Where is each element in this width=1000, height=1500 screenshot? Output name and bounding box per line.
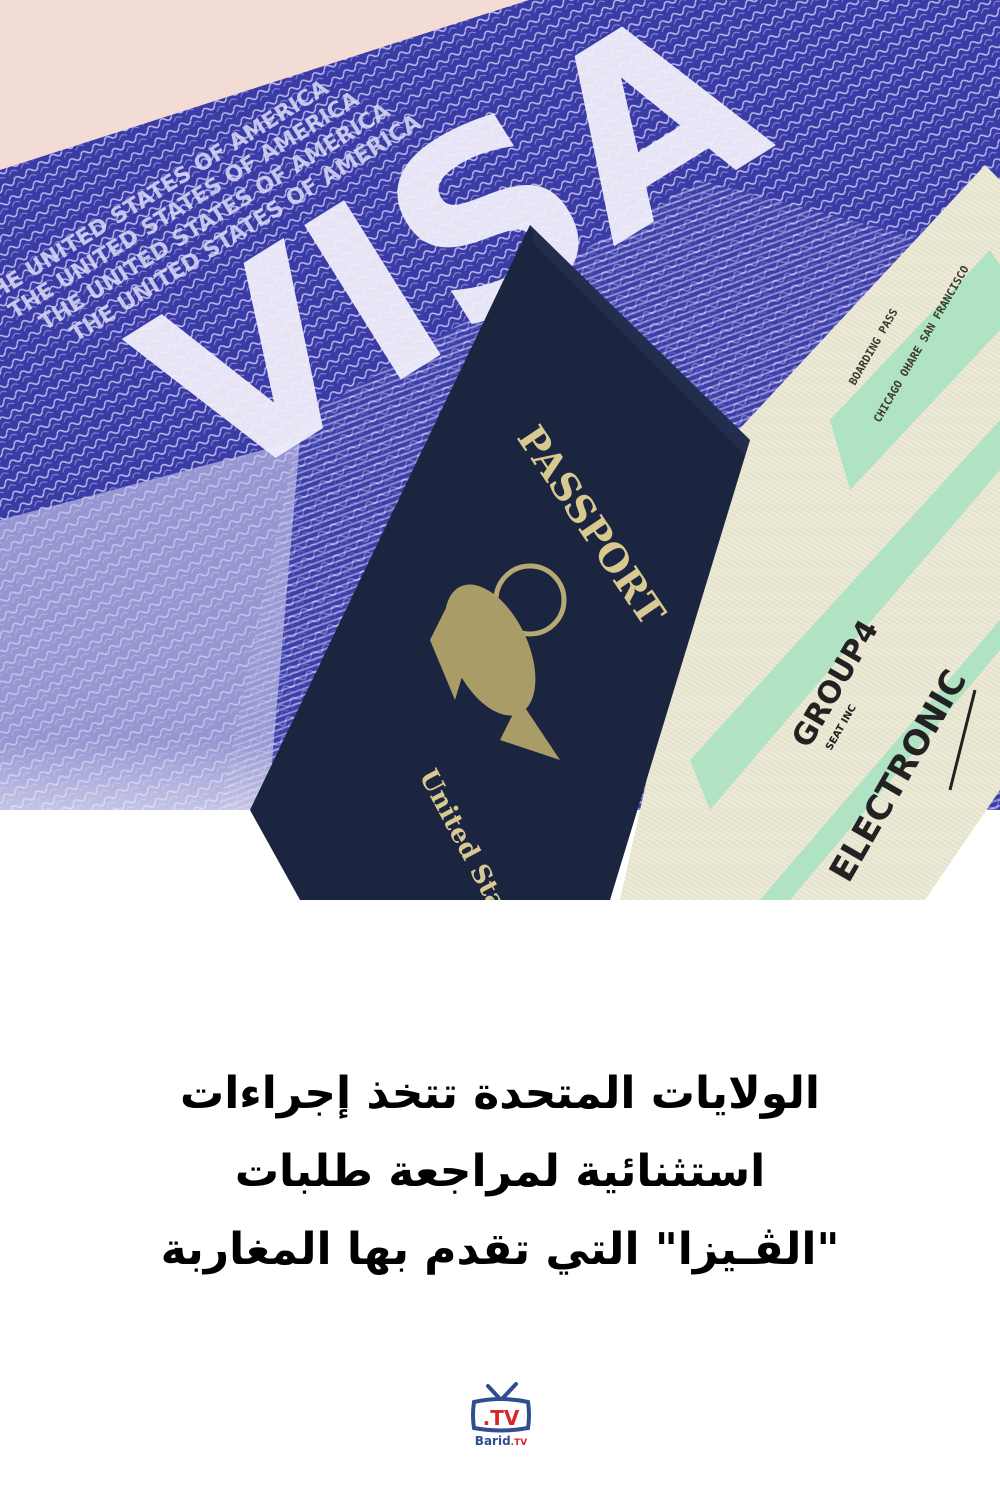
barid-tv-logo[interactable]: .TV Barid.TV [466,1382,536,1462]
visa-passport-illustration: VISA THE UNITED STATES OF AMERICA THE UN… [0,0,1000,900]
logo-wordmark: Barid.TV [466,1434,536,1448]
brand-suffix: .TV [511,1438,528,1448]
tv-icon: .TV [466,1382,536,1434]
headline-line-3: "الڤـيزا" التي تقدم بها المغاربة [100,1211,900,1289]
svg-text:.TV: .TV [483,1406,520,1430]
headline-line-2: استثنائية لمراجعة طلبات [100,1133,900,1211]
hero-image: VISA THE UNITED STATES OF AMERICA THE UN… [0,0,1000,900]
brand-name: Barid [475,1434,511,1448]
headline: الولايات المتحدة تتخذ إجراءات استثنائية … [100,1055,900,1289]
headline-line-1: الولايات المتحدة تتخذ إجراءات [100,1055,900,1133]
